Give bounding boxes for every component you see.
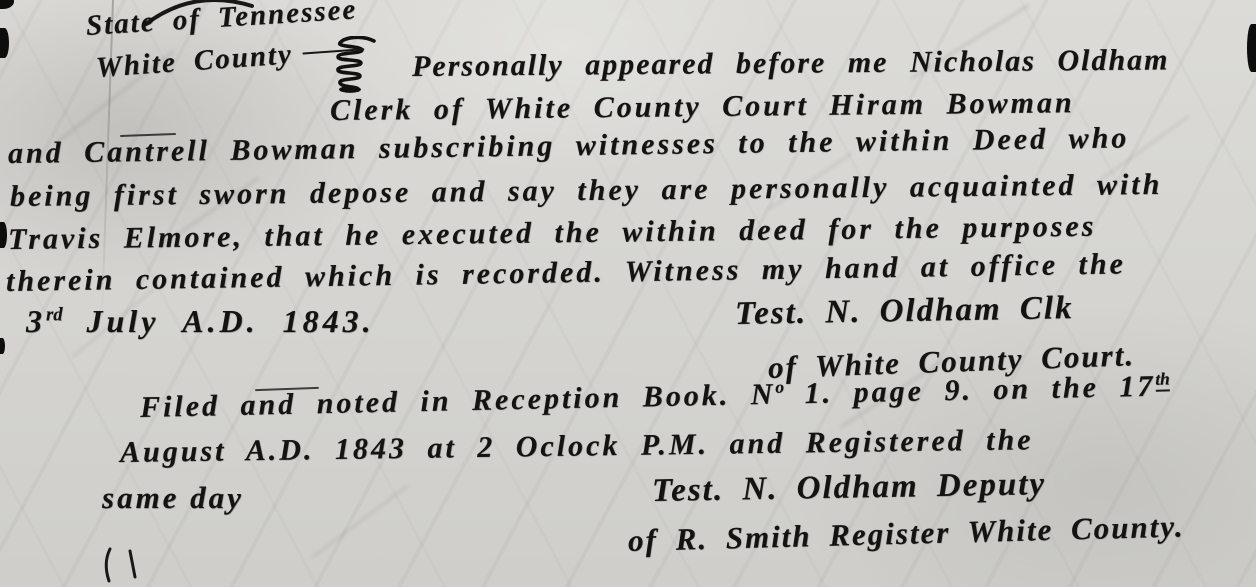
document-scan: State of Tennessee White County Personal… <box>0 0 1256 587</box>
ink-blot-artifact <box>0 0 14 9</box>
county-line: White County <box>95 33 366 85</box>
register-attestation-signature: Test. N. Oldham Deputy <box>652 466 1047 510</box>
register-attestation-office: of R. Smith Register White County. <box>628 508 1185 559</box>
ink-blot-artifact <box>0 28 9 58</box>
bleedthrough-mark <box>311 484 409 559</box>
stray-ink-marks <box>100 545 144 587</box>
date-ordinal-suffix: rd <box>46 304 63 325</box>
ink-blot-artifact <box>1247 24 1256 72</box>
clerk-attestation-signature: Test. N. Oldham Clk <box>735 290 1074 333</box>
text-line: being first sworn depose and say they ar… <box>10 168 1163 214</box>
text-line: and Cantrell Bowman subscribing witnesse… <box>8 121 1130 171</box>
text-line-opener: Personally appeared before me Nicholas O… <box>412 43 1170 84</box>
filing-note-line: August A.D. 1843 at 2 Oclock P.M. and Re… <box>120 423 1034 470</box>
date-day: 3 <box>26 303 46 339</box>
filing-note-line: same day <box>102 480 244 516</box>
filing-text: 1. page 9. on the 17 <box>784 370 1156 411</box>
ink-blot-artifact <box>0 338 5 354</box>
date-rest: July A.D. 1843. <box>63 303 375 339</box>
text-line: Clerk of White County Court Hiram Bowman <box>330 86 1075 128</box>
execution-date-line: 3rd July A.D. 1843. <box>26 303 375 340</box>
ink-blot-artifact <box>0 222 7 248</box>
filing-note-line: Filed and noted in Reception Book. No 1.… <box>140 368 1171 425</box>
filing-text: Filed and noted in Reception Book. N <box>140 378 776 424</box>
date-ordinal-suffix: th <box>1155 368 1170 391</box>
